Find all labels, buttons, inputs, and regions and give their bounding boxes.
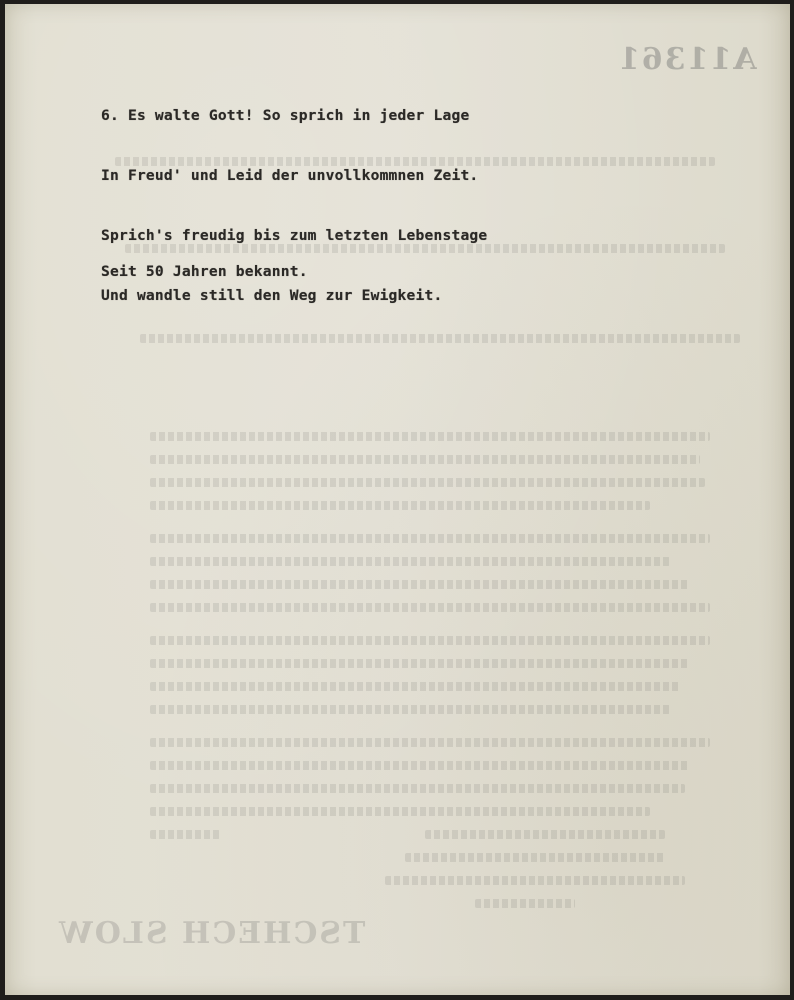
poem-stanza: 6. Es walte Gott! So sprich in jeder Lag… bbox=[101, 66, 487, 346]
bleed-line bbox=[150, 784, 685, 793]
bleed-line bbox=[405, 853, 665, 862]
bleed-line bbox=[150, 659, 690, 668]
paper-sheet: A11361 6. Es walte Gott! So sprich in je… bbox=[5, 4, 790, 995]
known-since-note: Seit 50 Jahren bekannt. bbox=[101, 262, 308, 282]
bleed-line bbox=[150, 761, 690, 770]
stanza-line: In Freud' und Leid der unvollkommnen Zei… bbox=[101, 166, 487, 186]
bleed-line bbox=[150, 455, 700, 464]
bleed-line bbox=[150, 830, 220, 839]
scan-background: A11361 6. Es walte Gott! So sprich in je… bbox=[0, 0, 794, 1000]
bleed-line bbox=[150, 682, 680, 691]
bleed-line bbox=[425, 830, 665, 839]
stanza-line: Und wandle still den Weg zur Ewigkeit. bbox=[101, 286, 487, 306]
bleed-line bbox=[150, 603, 710, 612]
bleed-line bbox=[150, 501, 650, 510]
bottom-stamp-mirrored: TSCHECH SLOW bbox=[57, 916, 365, 951]
archive-stamp-mirrored: A11361 bbox=[617, 42, 757, 77]
bleed-line bbox=[150, 807, 650, 816]
bleed-line bbox=[150, 738, 710, 747]
bleed-line bbox=[475, 899, 575, 908]
bleed-line bbox=[150, 557, 670, 566]
stanza-line: Sprich's freudig bis zum letzten Lebenst… bbox=[101, 226, 487, 246]
stanza-line: 6. Es walte Gott! So sprich in jeder Lag… bbox=[101, 106, 487, 126]
bleed-line bbox=[150, 580, 690, 589]
bleed-line bbox=[150, 432, 710, 441]
bleed-line bbox=[150, 478, 705, 487]
bleed-line bbox=[150, 636, 710, 645]
bleed-line bbox=[150, 705, 670, 714]
bleed-line bbox=[150, 534, 710, 543]
bleed-line bbox=[385, 876, 685, 885]
